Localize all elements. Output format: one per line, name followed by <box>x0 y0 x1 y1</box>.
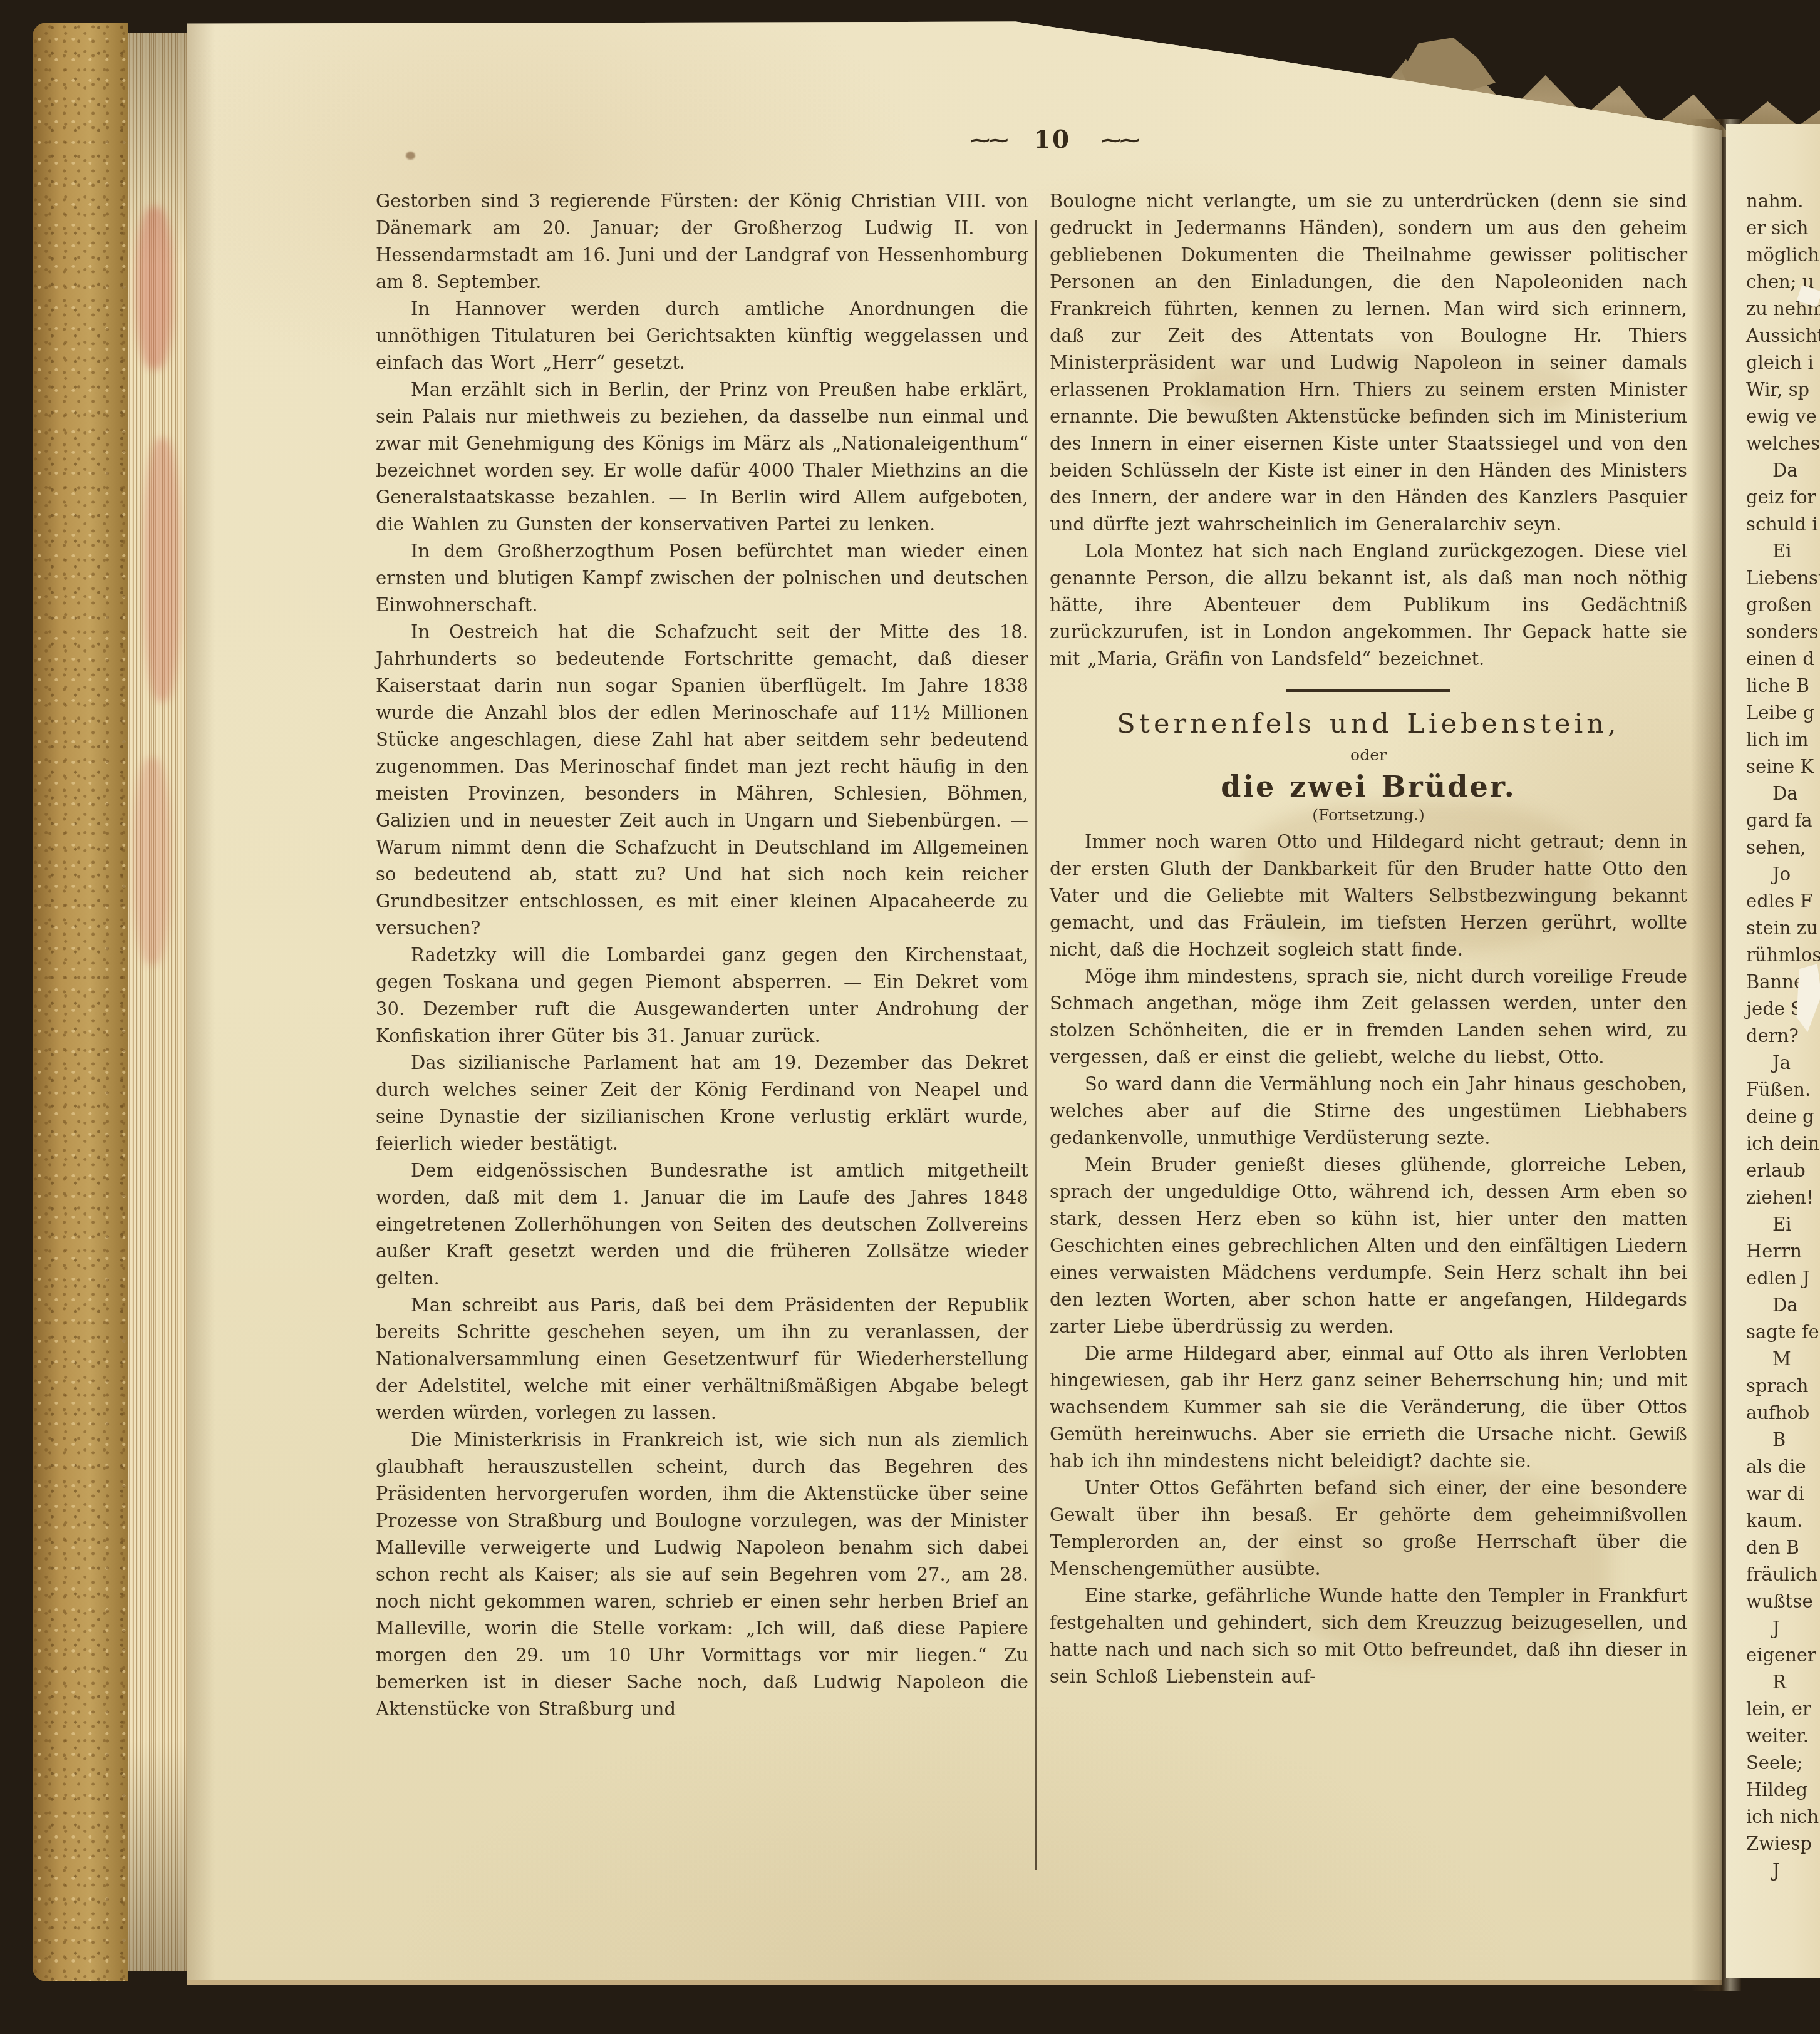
paragraph: In Hannover werden durch amtliche Anordn… <box>376 296 1028 376</box>
fragment-line: gard fa <box>1746 807 1820 834</box>
next-page-text-fragment: nahm.er sichmöglichchen; uzu nehmAussich… <box>1746 188 1820 1884</box>
fragment-line: M <box>1746 1346 1820 1373</box>
story-paragraph: Möge ihm mindestens, sprach sie, nicht d… <box>1050 963 1687 1071</box>
fragment-line: edles F <box>1746 888 1820 915</box>
story-paragraph: Immer noch waren Otto und Hildegard nich… <box>1050 829 1687 963</box>
fragment-line: Aussicht <box>1746 323 1820 349</box>
fragment-line: stein zu <box>1746 915 1820 942</box>
paragraph: Gestorben sind 3 regierende Fürsten: der… <box>376 188 1028 296</box>
fragment-line: wußtse <box>1746 1588 1820 1615</box>
fragment-line: gleich i <box>1746 349 1820 376</box>
fragment-line: Seele; <box>1746 1750 1820 1777</box>
fragment-line: lich im <box>1746 726 1820 753</box>
story-body: Immer noch waren Otto und Hildegard nich… <box>1050 829 1687 1690</box>
left-column: Gestorben sind 3 regierende Fürsten: der… <box>376 188 1028 1723</box>
paragraph: Man erzählt sich in Berlin, der Prinz vo… <box>376 376 1028 538</box>
fragment-line: B <box>1746 1427 1820 1453</box>
fragment-line: sagte fe <box>1746 1319 1820 1346</box>
paragraph: Dem eidgenössischen Bundesrathe ist amtl… <box>376 1157 1028 1292</box>
fragment-line: liche B <box>1746 673 1820 700</box>
story-paragraph: Mein Bruder genießt dieses glühende, glo… <box>1050 1152 1687 1340</box>
fragment-line: ich dein <box>1746 1130 1820 1157</box>
story-paragraph: Unter Ottos Gefährten befand sich einer,… <box>1050 1475 1687 1582</box>
ink-stain <box>406 152 415 160</box>
book-cover-edge <box>33 23 128 1981</box>
paragraph: Boulogne nicht verlangte, um sie zu unte… <box>1050 188 1687 538</box>
fragment-line: erlaub <box>1746 1157 1820 1184</box>
fragment-line: möglich <box>1746 242 1820 269</box>
story-paragraph: So ward dann die Vermählung noch ein Jah… <box>1050 1071 1687 1152</box>
fragment-line: kaum. <box>1746 1507 1820 1534</box>
fragment-line: ich nich <box>1746 1804 1820 1830</box>
fragment-line: war di <box>1746 1480 1820 1507</box>
fragment-line: Da <box>1746 457 1820 484</box>
fragment-line: weiter. <box>1746 1723 1820 1750</box>
fragment-line: Leibe g <box>1746 700 1820 726</box>
middle-column: Boulogne nicht verlangte, um sie zu unte… <box>1050 188 1687 1690</box>
fragment-line: schuld i <box>1746 511 1820 538</box>
fragment-line: aufhob <box>1746 1400 1820 1427</box>
fragment-line: nahm. <box>1746 188 1820 215</box>
fragment-line: Füßen. <box>1746 1076 1820 1103</box>
fragment-line: fräulich <box>1746 1561 1820 1588</box>
paragraph: Man schreibt aus Paris, daß bei dem Präs… <box>376 1292 1028 1427</box>
fragment-line: J <box>1746 1615 1820 1642</box>
fragment-line: Wir, sp <box>1746 376 1820 403</box>
fragment-line: R <box>1746 1669 1820 1696</box>
fragment-line: Liebenst <box>1746 565 1820 592</box>
fragment-line: Da <box>1746 1292 1820 1319</box>
red-edge-smudge <box>144 438 180 701</box>
red-edge-smudge <box>134 758 170 964</box>
fragment-line: Da <box>1746 780 1820 807</box>
story-oder: oder <box>1050 741 1687 768</box>
page-header: ∼∼ 10 ∼∼ <box>845 123 1259 157</box>
paragraph: Das sizilianische Parlament hat am 19. D… <box>376 1050 1028 1157</box>
fragment-line: sprach <box>1746 1373 1820 1400</box>
story-title: Sternenfels und Liebenstein, <box>1050 711 1687 738</box>
fragment-line: Ei <box>1746 1211 1820 1238</box>
header-ornament-right: ∼∼ <box>1099 128 1136 152</box>
fragment-line: Ei <box>1746 538 1820 565</box>
story-heading: Sternenfels und Liebenstein, oder die zw… <box>1050 711 1687 829</box>
fragment-line: ziehen! <box>1746 1184 1820 1211</box>
fragment-line: er sich <box>1746 215 1820 242</box>
fragment-line: edlen J <box>1746 1265 1820 1292</box>
middle-column-news: Boulogne nicht verlangte, um sie zu unte… <box>1050 188 1687 673</box>
fragment-line: Hildeg <box>1746 1777 1820 1804</box>
page-number: 10 <box>1034 125 1070 154</box>
fragment-line: sehen, <box>1746 834 1820 861</box>
fragment-line: deine g <box>1746 1103 1820 1130</box>
fragment-line: den B <box>1746 1534 1820 1561</box>
story-paragraph: Die arme Hildegard aber, einmal auf Otto… <box>1050 1340 1687 1475</box>
fragment-line: ewig ve <box>1746 403 1820 430</box>
fragment-line: Zwiesp <box>1746 1830 1820 1857</box>
story-subtitle: die zwei Brüder. <box>1050 773 1687 800</box>
paragraph: In dem Großherzogthum Posen befürchtet m… <box>376 538 1028 619</box>
fragment-line: welches <box>1746 430 1820 457</box>
fragment-line: eigener <box>1746 1642 1820 1669</box>
paragraph: Radetzky will die Lombardei ganz gegen d… <box>376 942 1028 1050</box>
header-ornament-left: ∼∼ <box>968 128 1005 152</box>
section-divider-rule <box>1286 689 1450 692</box>
fragment-line: J <box>1746 1857 1820 1884</box>
fragment-line: einen d <box>1746 646 1820 673</box>
fragment-line: Herrn <box>1746 1238 1820 1265</box>
column-divider-rule <box>1035 220 1037 1870</box>
fragment-line: lein, er <box>1746 1696 1820 1723</box>
fragment-line: als die <box>1746 1453 1820 1480</box>
fragment-line: sonders <box>1746 619 1820 646</box>
paragraph: In Oestreich hat die Schafzucht seit der… <box>376 619 1028 942</box>
fragment-line: Ja <box>1746 1050 1820 1076</box>
fragment-line: Jo <box>1746 861 1820 888</box>
paragraph: Lola Montez hat sich nach England zurück… <box>1050 538 1687 673</box>
fragment-line: geiz for <box>1746 484 1820 511</box>
paragraph: Die Ministerkrisis in Frankreich ist, wi… <box>376 1427 1028 1723</box>
fragment-line: rühmlos <box>1746 942 1820 969</box>
fragment-line: großen <box>1746 592 1820 619</box>
fragment-line: seine K <box>1746 753 1820 780</box>
story-paragraph: Eine starke, gefährliche Wunde hatte den… <box>1050 1582 1687 1690</box>
story-continuation-note: (Fortsetzung.) <box>1050 802 1687 829</box>
red-edge-smudge <box>137 207 173 369</box>
book-photo: ∼∼ 10 ∼∼ Gestorben sind 3 regierende Für… <box>0 0 1820 2034</box>
